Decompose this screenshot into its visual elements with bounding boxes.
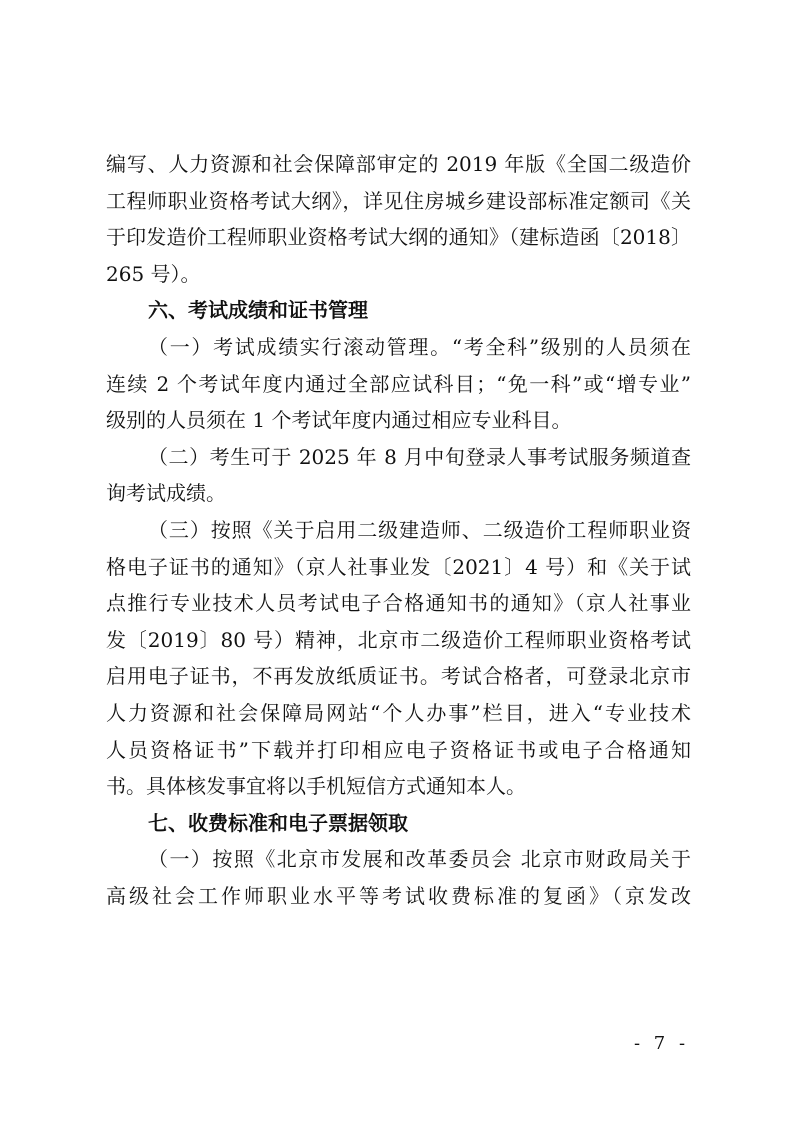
- paragraph-line: 级别的人员须在 1 个考试年度内通过相应专业科目。: [106, 402, 691, 439]
- paragraph-line: （一）考试成绩实行滚动管理。“考全科”级别的人员须在: [106, 329, 691, 366]
- paragraph-line: 265 号）。: [106, 256, 691, 293]
- paragraph-line: （三）按照《关于启用二级建造师、二级造价工程师职业资: [106, 512, 691, 549]
- paragraph-line: 高级社会工作师职业水平等考试收费标准的复函》（京发改: [106, 878, 691, 915]
- page-number: - 7 -: [634, 1033, 689, 1054]
- paragraph-line: 人力资源和社会保障局网站“个人办事”栏目，进入“专业技术: [106, 695, 691, 732]
- paragraph-line: 人员资格证书”下载并打印相应电子资格证书或电子合格通知: [106, 732, 691, 769]
- paragraph-line: 询考试成绩。: [106, 475, 691, 512]
- paragraph-line: 书。具体核发事宜将以手机短信方式通知本人。: [106, 768, 691, 805]
- document-page: 编写、人力资源和社会保障部审定的 2019 年版《全国二级造价 工程师职业资格考…: [0, 0, 794, 1123]
- paragraph-line: 启用电子证书，不再发放纸质证书。考试合格者，可登录北京市: [106, 658, 691, 695]
- paragraph-line: （二）考生可于 2025 年 8 月中旬登录人事考试服务频道查: [106, 439, 691, 476]
- paragraph-line: 于印发造价工程师职业资格考试大纲的通知》（建标造函〔2018〕: [106, 219, 691, 256]
- document-body: 编写、人力资源和社会保障部审定的 2019 年版《全国二级造价 工程师职业资格考…: [106, 146, 691, 914]
- paragraph-line: 发〔2019〕80 号）精神，北京市二级造价工程师职业资格考试: [106, 622, 691, 659]
- paragraph-line: 连续 2 个考试年度内通过全部应试科目；“免一科”或“增专业”: [106, 366, 691, 403]
- section-heading-6: 六、考试成绩和证书管理: [106, 292, 691, 329]
- paragraph-line: 点推行专业技术人员考试电子合格通知书的通知》（京人社事业: [106, 585, 691, 622]
- section-heading-7: 七、收费标准和电子票据领取: [106, 805, 691, 842]
- paragraph-line: 格电子证书的通知》（京人社事业发〔2021〕4 号）和《关于试: [106, 549, 691, 586]
- paragraph-line: （一）按照《北京市发展和改革委员会 北京市财政局关于: [106, 841, 691, 878]
- paragraph-line: 编写、人力资源和社会保障部审定的 2019 年版《全国二级造价: [106, 146, 691, 183]
- paragraph-line: 工程师职业资格考试大纲》，详见住房城乡建设部标准定额司《关: [106, 183, 691, 220]
